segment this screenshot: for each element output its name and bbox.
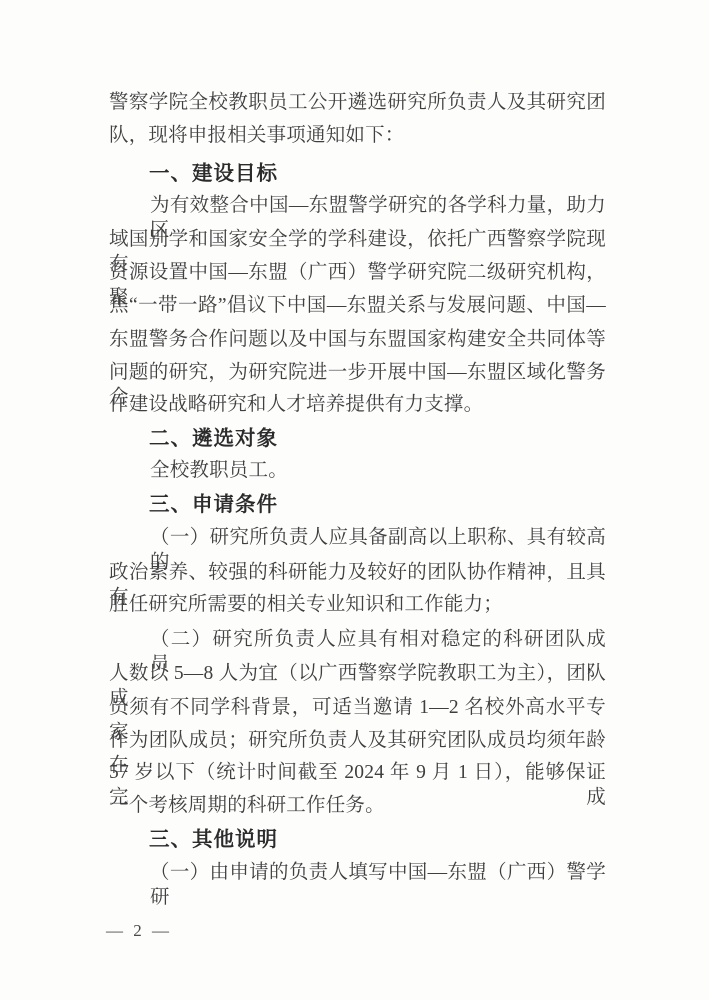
doc-line: 警察学院全校教职员工公开遴选研究所负责人及其研究团 [109,90,606,115]
doc-line: 焦“一带一路”倡议下中国—东盟关系与发展问题、中国— [109,293,606,318]
section-heading: 二、遴选对象 [149,426,609,451]
doc-line: 作建设战略研究和人才培养提供有力支撑。 [109,392,606,417]
page-number: — 2 — [106,921,172,941]
doc-line: 队，现将申报相关事项通知如下： [109,123,606,148]
doc-line: 一个考核周期的科研工作任务。 [109,793,606,818]
doc-line: 全校教职员工。 [150,458,606,483]
scanned-document-page: 警察学院全校教职员工公开遴选研究所负责人及其研究团 队，现将申报相关事项通知如下… [0,0,709,1000]
section-heading: 一、建设目标 [149,161,609,186]
section-heading: 三、申请条件 [149,492,609,517]
section-heading: 三、其他说明 [149,827,609,852]
doc-line: 东盟警务合作问题以及中国与东盟国家构建安全共同体等 [109,327,606,352]
doc-line: 胜任研究所需要的相关专业知识和工作能力； [109,592,606,617]
doc-line: （一）由申请的负责人填写中国—东盟（广西）警学研 [150,860,606,910]
